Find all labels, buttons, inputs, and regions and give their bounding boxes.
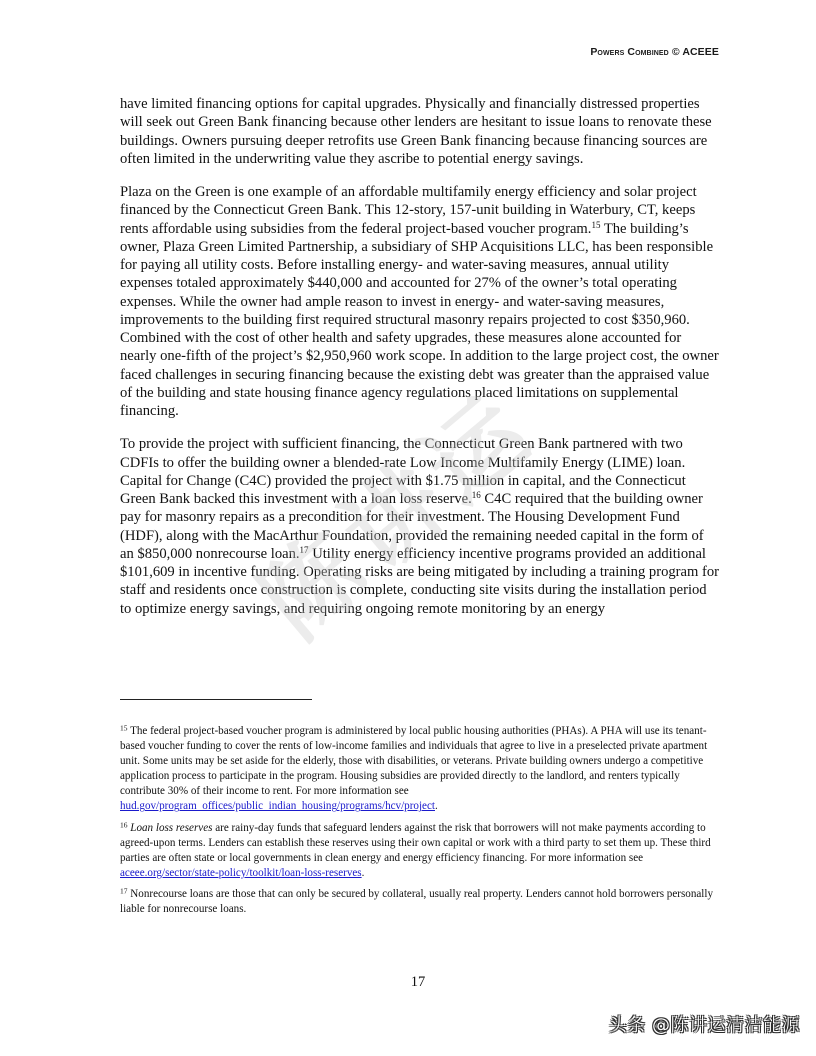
footnote-number: 16 xyxy=(120,820,128,829)
paragraph-2-text-b: The building’s owner, Plaza Green Limite… xyxy=(120,221,719,420)
running-header: Powers Combined © ACEEE xyxy=(590,46,719,58)
corner-watermark: 头条 @陈讲运清洁能源 xyxy=(609,1011,800,1037)
paragraph-1-text: have limited financing options for capit… xyxy=(120,96,712,167)
footnote-17: 17 Nonrecourse loans are those that can … xyxy=(120,887,720,917)
footnote-16-trailing: . xyxy=(362,867,365,879)
footnote-number: 17 xyxy=(120,886,128,895)
footnote-17-text: Nonrecourse loans are those that can onl… xyxy=(120,888,713,915)
hud-link[interactable]: hud.gov/program_offices/public_indian_ho… xyxy=(120,800,435,812)
footnotes: 15 The federal project-based voucher pro… xyxy=(120,724,720,923)
footnote-16: 16 Loan loss reserves are rainy-day fund… xyxy=(120,821,720,881)
footnote-number: 15 xyxy=(120,724,128,733)
body-text: have limited financing options for capit… xyxy=(120,95,720,633)
aceee-link[interactable]: aceee.org/sector/state-policy/toolkit/lo… xyxy=(120,867,362,879)
footnote-separator xyxy=(120,699,312,700)
footnote-ref-16[interactable]: 16 xyxy=(472,490,481,500)
paragraph-1: have limited financing options for capit… xyxy=(120,95,720,168)
paragraph-3: To provide the project with sufficient f… xyxy=(120,435,720,618)
document-page: Powers Combined © ACEEE have limited fin… xyxy=(0,0,816,1056)
footnote-15-text: The federal project-based voucher progra… xyxy=(120,725,707,797)
page-number: 17 xyxy=(0,974,816,991)
footnote-15-trailing: . xyxy=(435,800,438,812)
footnote-16-term: Loan loss reserves xyxy=(130,822,212,834)
footnote-ref-17[interactable]: 17 xyxy=(300,545,309,555)
paragraph-2: Plaza on the Green is one example of an … xyxy=(120,183,720,420)
footnote-15: 15 The federal project-based voucher pro… xyxy=(120,724,720,815)
